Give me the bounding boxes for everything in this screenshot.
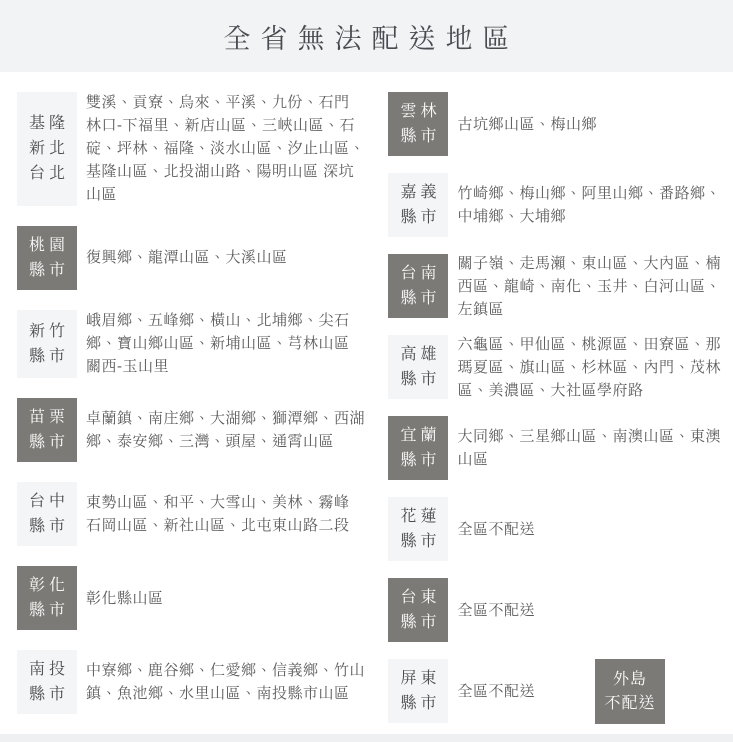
region-row: 彰化縣市彰化縣山區 bbox=[17, 566, 367, 630]
region-label-line: 嘉義 bbox=[396, 180, 440, 205]
region-label: 南投縣市 bbox=[17, 650, 77, 714]
region-row: 南投縣市中寮鄉、鹿谷鄉、仁愛鄉、信義鄉、竹山鎮、魚池鄉、水里山區、南投縣市山區 bbox=[17, 650, 367, 714]
region-label: 花蓮縣市 bbox=[388, 497, 448, 561]
region-label: 桃園縣市 bbox=[17, 226, 77, 290]
region-label-line: 宜蘭 bbox=[396, 423, 440, 448]
region-areas: 六龜區、甲仙區、桃源區、田寮區、那瑪夏區、旗山區、杉林區、內門、茂林區、美濃區、… bbox=[448, 335, 725, 399]
regions-table: 基隆新北台北雙溪、貢寮、烏來、平溪、九份、石門 林口-下福里、新店山區、三峽山區… bbox=[0, 72, 733, 734]
region-label-line: 縣市 bbox=[25, 430, 69, 455]
region-label-line: 縣市 bbox=[396, 286, 440, 311]
region-row: 新竹縣市峨眉鄉、五峰鄉、橫山、北埔鄉、尖石鄉、寶山鄉山區、新埔山區、芎林山區 關… bbox=[17, 310, 367, 378]
region-row: 宜蘭縣市大同鄉、三星鄉山區、南澳山區、東澳山區 bbox=[388, 416, 725, 480]
region-areas: 卓蘭鎮、南庄鄉、大湖鄉、獅潭鄉、西湖鄉、泰安鄉、三灣、頭屋、通霄山區 bbox=[77, 398, 367, 462]
region-row: 桃園縣市復興鄉、龍潭山區、大溪山區 bbox=[17, 226, 367, 290]
region-areas-text: 關子嶺、走馬瀨、東山區、大內區、楠西區、龍崎、南化、玉井、白河山區、左鎮區 bbox=[457, 252, 725, 321]
region-areas: 古坑鄉山區、梅山鄉 bbox=[448, 92, 725, 156]
region-areas-text: 六龜區、甲仙區、桃源區、田寮區、那瑪夏區、旗山區、杉林區、內門、茂林區、美濃區、… bbox=[457, 333, 725, 402]
region-areas: 竹崎鄉、梅山鄉、阿里山鄉、番路鄉、中埔鄉、大埔鄉 bbox=[448, 173, 725, 237]
region-label: 台東縣市 bbox=[388, 578, 448, 642]
region-areas-text: 中寮鄉、鹿谷鄉、仁愛鄉、信義鄉、竹山鎮、魚池鄉、水里山區、南投縣市山區 bbox=[86, 659, 367, 705]
region-label-line: 台中 bbox=[25, 489, 69, 514]
region-areas: 復興鄉、龍潭山區、大溪山區 bbox=[77, 226, 367, 290]
region-areas: 彰化縣山區 bbox=[77, 566, 367, 630]
region-areas-text: 彰化縣山區 bbox=[86, 587, 164, 610]
page-title: 全省無法配送地區 bbox=[214, 17, 520, 56]
region-areas-text: 大同鄉、三星鄉山區、南澳山區、東澳山區 bbox=[457, 425, 725, 471]
region-row: 苗栗縣市卓蘭鎮、南庄鄉、大湖鄉、獅潭鄉、西湖鄉、泰安鄉、三灣、頭屋、通霄山區 bbox=[17, 398, 367, 462]
region-label-line: 縣市 bbox=[396, 367, 440, 392]
region-label-line: 新北 bbox=[25, 136, 69, 161]
region-areas: 全區不配送 bbox=[448, 659, 595, 723]
region-label: 台南縣市 bbox=[388, 254, 448, 318]
region-row: 屏東縣市全區不配送外島不配送 bbox=[388, 659, 725, 723]
region-areas: 全區不配送 bbox=[448, 578, 725, 642]
region-label-line: 彰化 bbox=[25, 573, 69, 598]
region-label: 高雄縣市 bbox=[388, 335, 448, 399]
region-label-line: 基隆 bbox=[25, 111, 69, 136]
region-label: 嘉義縣市 bbox=[388, 173, 448, 237]
region-label: 苗栗縣市 bbox=[17, 398, 77, 462]
region-areas-text: 東勢山區、和平、大雪山、美林、霧峰 石岡山區、新社山區、北屯東山路二段 bbox=[86, 491, 367, 537]
region-areas-text: 全區不配送 bbox=[457, 599, 535, 622]
region-areas: 東勢山區、和平、大雪山、美林、霧峰 石岡山區、新社山區、北屯東山路二段 bbox=[77, 482, 367, 546]
region-label-line: 台南 bbox=[396, 261, 440, 286]
region-label-line: 新竹 bbox=[25, 319, 69, 344]
region-areas-text: 全區不配送 bbox=[457, 518, 535, 541]
region-label-line: 高雄 bbox=[396, 342, 440, 367]
region-label: 台中縣市 bbox=[17, 482, 77, 546]
region-row: 雲林縣市古坑鄉山區、梅山鄉 bbox=[388, 92, 725, 156]
region-label: 彰化縣市 bbox=[17, 566, 77, 630]
region-row: 台南縣市關子嶺、走馬瀨、東山區、大內區、楠西區、龍崎、南化、玉井、白河山區、左鎮… bbox=[388, 254, 725, 318]
region-areas-text: 古坑鄉山區、梅山鄉 bbox=[457, 113, 597, 136]
region-areas: 峨眉鄉、五峰鄉、橫山、北埔鄉、尖石鄉、寶山鄉山區、新埔山區、芎林山區 關西-玉山… bbox=[77, 310, 367, 378]
region-label-line: 縣市 bbox=[396, 610, 440, 635]
region-label-line: 台東 bbox=[396, 585, 440, 610]
region-label: 基隆新北台北 bbox=[17, 92, 77, 206]
region-row: 高雄縣市六龜區、甲仙區、桃源區、田寮區、那瑪夏區、旗山區、杉林區、內門、茂林區、… bbox=[388, 335, 725, 399]
region-label: 宜蘭縣市 bbox=[388, 416, 448, 480]
region-label-line: 縣市 bbox=[25, 258, 69, 283]
region-areas: 雙溪、貢寮、烏來、平溪、九份、石門 林口-下福里、新店山區、三峽山區、石碇、坪林… bbox=[77, 92, 367, 206]
outlying-islands-no-delivery-box: 外島不配送 bbox=[595, 659, 665, 724]
region-label-line: 花蓮 bbox=[396, 504, 440, 529]
region-label-line: 縣市 bbox=[25, 682, 69, 707]
region-label-line: 雲林 bbox=[396, 99, 440, 124]
region-row: 花蓮縣市全區不配送 bbox=[388, 497, 725, 561]
regions-column-left: 基隆新北台北雙溪、貢寮、烏來、平溪、九份、石門 林口-下福里、新店山區、三峽山區… bbox=[17, 92, 367, 734]
region-row: 基隆新北台北雙溪、貢寮、烏來、平溪、九份、石門 林口-下福里、新店山區、三峽山區… bbox=[17, 92, 367, 206]
region-label-line: 縣市 bbox=[396, 124, 440, 149]
no-delivery-areas-page: 全省無法配送地區 基隆新北台北雙溪、貢寮、烏來、平溪、九份、石門 林口-下福里、… bbox=[0, 0, 733, 742]
region-areas-text: 竹崎鄉、梅山鄉、阿里山鄉、番路鄉、中埔鄉、大埔鄉 bbox=[457, 182, 725, 228]
region-label-line: 桃園 bbox=[25, 233, 69, 258]
regions-column-right: 雲林縣市古坑鄉山區、梅山鄉嘉義縣市竹崎鄉、梅山鄉、阿里山鄉、番路鄉、中埔鄉、大埔… bbox=[388, 92, 725, 734]
region-label-line: 縣市 bbox=[396, 529, 440, 554]
outlying-islands-label-line: 不配送 bbox=[604, 692, 655, 716]
title-bar: 全省無法配送地區 bbox=[0, 0, 733, 72]
region-label-line: 縣市 bbox=[396, 691, 440, 716]
region-label-line: 南投 bbox=[25, 657, 69, 682]
region-row: 台中縣市東勢山區、和平、大雪山、美林、霧峰 石岡山區、新社山區、北屯東山路二段 bbox=[17, 482, 367, 546]
region-label-line: 縣市 bbox=[25, 598, 69, 623]
region-label-line: 屏東 bbox=[396, 666, 440, 691]
region-label-line: 縣市 bbox=[396, 448, 440, 473]
region-areas-text: 卓蘭鎮、南庄鄉、大湖鄉、獅潭鄉、西湖鄉、泰安鄉、三灣、頭屋、通霄山區 bbox=[86, 407, 367, 453]
region-label: 雲林縣市 bbox=[388, 92, 448, 156]
outlying-islands-label-line: 外島 bbox=[613, 668, 647, 692]
region-row: 嘉義縣市竹崎鄉、梅山鄉、阿里山鄉、番路鄉、中埔鄉、大埔鄉 bbox=[388, 173, 725, 237]
region-areas-text: 峨眉鄉、五峰鄉、橫山、北埔鄉、尖石鄉、寶山鄉山區、新埔山區、芎林山區 關西-玉山… bbox=[86, 309, 367, 378]
region-areas-text: 復興鄉、龍潭山區、大溪山區 bbox=[86, 246, 288, 269]
region-areas: 大同鄉、三星鄉山區、南澳山區、東澳山區 bbox=[448, 416, 725, 480]
region-areas-text: 全區不配送 bbox=[457, 680, 535, 703]
region-label-line: 縣市 bbox=[25, 514, 69, 539]
region-label-line: 苗栗 bbox=[25, 405, 69, 430]
region-areas: 中寮鄉、鹿谷鄉、仁愛鄉、信義鄉、竹山鎮、魚池鄉、水里山區、南投縣市山區 bbox=[77, 650, 367, 714]
region-areas: 全區不配送 bbox=[448, 497, 725, 561]
region-label: 屏東縣市 bbox=[388, 659, 448, 723]
region-label-line: 台北 bbox=[25, 161, 69, 186]
region-label-line: 縣市 bbox=[25, 344, 69, 369]
region-label-line: 縣市 bbox=[396, 205, 440, 230]
bottom-divider bbox=[0, 734, 733, 742]
region-row: 台東縣市全區不配送 bbox=[388, 578, 725, 642]
region-label: 新竹縣市 bbox=[17, 310, 77, 378]
region-areas: 關子嶺、走馬瀨、東山區、大內區、楠西區、龍崎、南化、玉井、白河山區、左鎮區 bbox=[448, 254, 725, 318]
region-areas-text: 雙溪、貢寮、烏來、平溪、九份、石門 林口-下福里、新店山區、三峽山區、石碇、坪林… bbox=[86, 91, 367, 206]
